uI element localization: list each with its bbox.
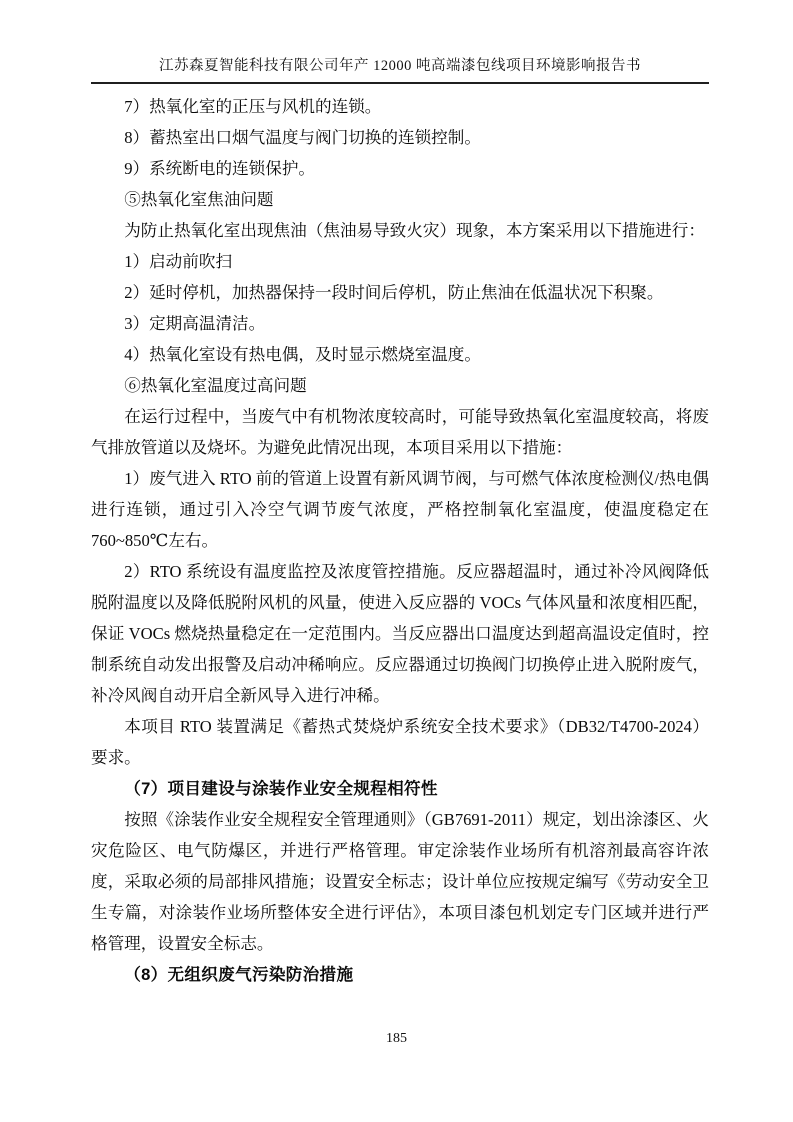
paragraph: 9）系统断电的连锁保护。	[91, 153, 709, 184]
paragraph: 在运行过程中，当废气中有机物浓度较高时，可能导致热氧化室温度较高，将废气排放管道…	[91, 401, 709, 463]
paragraph: 按照《涂装作业安全规程安全管理通则》（GB7691-2011）规定，划出涂漆区、…	[91, 804, 709, 959]
section-heading: （8）无组织废气污染防治措施	[91, 959, 709, 990]
paragraph: 1）启动前吹扫	[91, 246, 709, 277]
header-rule	[91, 82, 709, 84]
paragraph: 2）延时停机，加热器保持一段时间后停机，防止焦油在低温状况下积聚。	[91, 277, 709, 308]
page-number: 185	[386, 1031, 407, 1046]
paragraph: ⑥热氧化室温度过高问题	[91, 370, 709, 401]
document-body: 7）热氧化室的正压与风机的连锁。 8）蓄热室出口烟气温度与阀门切换的连锁控制。 …	[91, 91, 709, 990]
paragraph: 7）热氧化室的正压与风机的连锁。	[91, 91, 709, 122]
paragraph: 3）定期高温清洁。	[91, 308, 709, 339]
paragraph: 2）RTO 系统设有温度监控及浓度管控措施。反应器超温时，通过补冷风阀降低脱附温…	[91, 556, 709, 711]
section-heading: （7）项目建设与涂装作业安全规程相符性	[91, 773, 709, 804]
paragraph: 1）废气进入 RTO 前的管道上设置有新风调节阀，与可燃气体浓度检测仪/热电偶进…	[91, 463, 709, 556]
document-page: 江苏森夏智能科技有限公司年产 12000 吨高端漆包线项目环境影响报告书 7）热…	[0, 0, 793, 1122]
page-footer: 185	[0, 1031, 793, 1047]
page-header: 江苏森夏智能科技有限公司年产 12000 吨高端漆包线项目环境影响报告书	[91, 56, 709, 84]
paragraph: 为防止热氧化室出现焦油（焦油易导致火灾）现象，本方案采用以下措施进行：	[91, 215, 709, 246]
paragraph: 本项目 RTO 装置满足《蓄热式焚烧炉系统安全技术要求》（DB32/T4700-…	[91, 711, 709, 773]
paragraph: 4）热氧化室设有热电偶，及时显示燃烧室温度。	[91, 339, 709, 370]
header-title: 江苏森夏智能科技有限公司年产 12000 吨高端漆包线项目环境影响报告书	[91, 56, 709, 76]
paragraph: ⑤热氧化室焦油问题	[91, 184, 709, 215]
paragraph: 8）蓄热室出口烟气温度与阀门切换的连锁控制。	[91, 122, 709, 153]
